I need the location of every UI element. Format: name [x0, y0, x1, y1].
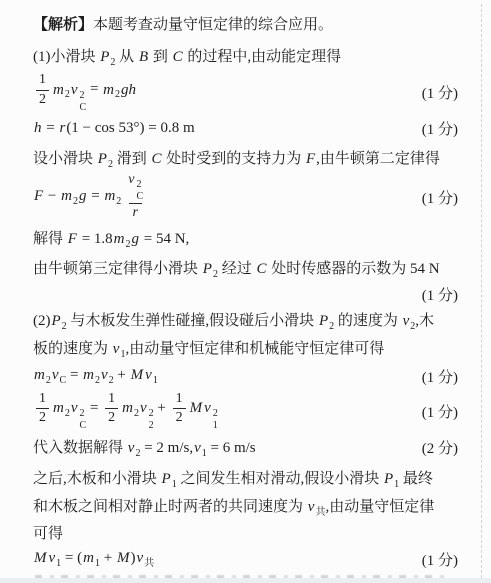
superscript: 2: [80, 91, 85, 101]
math-variable: P: [202, 261, 213, 277]
numerator: 1: [173, 391, 186, 408]
bold-run: 【解析】: [33, 17, 93, 33]
math-variable: v: [139, 400, 148, 416]
bottom-strip: [0, 578, 491, 583]
text-run: = 54 N,: [140, 231, 189, 247]
text-run: 之后,木板和小滑块: [33, 471, 161, 487]
text-run: 最终: [399, 471, 433, 487]
text-run: = 1.8: [78, 231, 113, 247]
math-variable: P: [161, 471, 172, 487]
math-variable: v: [51, 367, 60, 383]
solve-force-line: 解得 F = 1.8m2g = 54 N,: [33, 221, 458, 255]
text-run: 和木板之间相对静止时两者的共同速度为: [33, 499, 307, 515]
math-variable: m: [82, 367, 95, 383]
text-run: 的过程中,由动能定理得: [184, 49, 342, 65]
text-run: (2): [33, 313, 51, 329]
formula-newton-second: F − m2g = m2v2Cr: [33, 172, 149, 221]
math-variable: F: [33, 188, 44, 204]
text-run: 1: [108, 391, 115, 406]
numerator: 1: [36, 391, 49, 408]
score-mark: (1 分): [422, 187, 458, 208]
math-variable: C: [255, 261, 267, 277]
formula-energy-line: 12m2v2C = 12m2v22 + 12Mv21 (1 分): [33, 391, 458, 431]
subscript: 2: [126, 239, 131, 250]
header-line: 【解析】本题考查动量守恒定律的综合应用。: [33, 6, 458, 40]
text-run: ,木: [415, 313, 434, 329]
text-run: 可得: [33, 526, 63, 542]
math-variable: B: [138, 49, 149, 65]
denominator: 2: [105, 408, 118, 426]
newton-third-line: 由牛顿第三定律得小滑块 P2 经过 C 处时传感器的示数为 54 N: [33, 255, 458, 282]
text-run: 1: [176, 391, 183, 406]
step2-slide-text1: 之后,木板和小滑块 P1 之间发生相对滑动,假设小滑块 P1 最终: [33, 467, 433, 490]
text-run: = 2 m/s,: [140, 440, 193, 456]
math-variable: g: [131, 231, 141, 247]
score-mark: (1 分): [422, 284, 458, 305]
math-variable: m: [52, 400, 65, 416]
text-run: 经过: [218, 261, 256, 277]
math-variable: m: [60, 188, 73, 204]
text-run: 滑到: [113, 151, 151, 167]
text-run: 2: [108, 410, 115, 425]
step1-intro-text: (1)小滑块 P2 从 B 到 C 的过程中,由动能定理得: [33, 45, 341, 68]
step1-intro-line: (1)小滑块 P2 从 B 到 C 的过程中,由动能定理得: [33, 40, 458, 73]
solve-velocities-line: 代入数据解得 v2 = 2 m/s,v1 = 6 m/s (2 分): [33, 431, 458, 464]
text-run: =: [86, 82, 102, 98]
math-variable: v: [203, 400, 212, 416]
text-run: =: [43, 120, 59, 136]
solve-force-text: 解得 F = 1.8m2g = 54 N,: [33, 227, 189, 250]
text-run: (1 − cos 53°) = 0.8 m: [66, 120, 194, 136]
formula-momentum-common-line: Mv1 = (m1 + M)v共 (1 分): [33, 545, 458, 573]
math-variable: h: [33, 120, 43, 136]
math-variable: v: [70, 82, 79, 98]
subscript: 共: [315, 507, 325, 518]
step2-slide-line2: 和木板之间相对静止时两者的共同速度为 v共,由动量守恒定律: [33, 492, 458, 520]
step1-normal-force-intro-text: 设小滑块 P2 滑到 C 处时受到的支持力为 F,由牛顿第二定律得: [33, 147, 440, 170]
text-run: +: [154, 400, 170, 416]
math-variable: m: [52, 82, 65, 98]
math-variable: M: [116, 550, 131, 566]
text-run: 2: [39, 410, 46, 425]
text-run: +: [100, 550, 116, 566]
fraction: 12: [36, 391, 49, 426]
formula-momentum-common: Mv1 = (m1 + M)v共: [33, 550, 154, 569]
subscript: 2: [116, 196, 121, 207]
step2-slide-text2: 和木板之间相对静止时两者的共同速度为 v共,由动量守恒定律: [33, 495, 434, 518]
math-variable: v: [127, 172, 135, 187]
text-run: (1)小滑块: [33, 49, 99, 65]
solve-velocities-text: 代入数据解得 v2 = 2 m/s,v1 = 6 m/s: [33, 436, 256, 459]
formula-energy: 12m2v2C = 12m2v22 + 12Mv21: [33, 391, 218, 431]
math-variable: gh: [120, 82, 137, 98]
formula-height: h = r(1 − cos 53°) = 0.8 m: [33, 120, 195, 137]
text-run: 板的速度为: [33, 341, 112, 357]
text-run: +: [114, 367, 130, 383]
math-variable: P: [99, 49, 110, 65]
numerator: 1: [105, 391, 118, 408]
math-variable: C: [150, 151, 162, 167]
math-variable: v: [135, 550, 144, 566]
text-run: 从: [115, 49, 138, 65]
formula-momentum-line: m2vC = m2v2 + Mv1 (1 分): [33, 362, 458, 391]
math-variable: m: [102, 82, 115, 98]
step1-normal-force-intro-line: 设小滑块 P2 滑到 C 处时受到的支持力为 F,由牛顿第二定律得: [33, 144, 458, 173]
text-run: = (: [61, 550, 82, 566]
score-mark: (1 分): [422, 366, 458, 387]
sup-sub-stack: 21: [213, 409, 218, 431]
subscript: 1: [213, 421, 218, 431]
header-text: 【解析】本题考查动量守恒定律的综合应用。: [33, 13, 333, 34]
superscript: 2: [213, 409, 218, 419]
text-run: 与木板发生弹性碰撞,假设碰后小滑块: [67, 313, 318, 329]
text-run: 设小滑块: [33, 151, 97, 167]
score-mark: (1 分): [422, 82, 458, 103]
math-variable: m: [113, 231, 126, 247]
text-run: =: [86, 400, 102, 416]
text-run: 1: [39, 391, 46, 406]
subscript: 2: [149, 421, 154, 431]
math-variable: v: [100, 367, 109, 383]
math-variable: v: [144, 367, 153, 383]
math-variable: C: [172, 49, 184, 65]
step2-slide-line3: 可得: [33, 520, 458, 545]
math-variable: P: [97, 151, 108, 167]
newton-third-text: 由牛顿第三定律得小滑块 P2 经过 C 处时传感器的示数为 54 N: [33, 257, 440, 280]
superscript: 2: [80, 409, 85, 419]
formula-height-line: h = r(1 − cos 53°) = 0.8 m (1 分): [33, 112, 458, 144]
math-variable: F: [305, 151, 316, 167]
text-run: =: [87, 188, 103, 204]
step2-slide-line1: 之后,木板和小滑块 P1 之间发生相对滑动,假设小滑块 P1 最终: [33, 464, 458, 492]
math-variable: P: [51, 313, 62, 329]
numerator: v2C: [124, 172, 146, 203]
text-run: 由牛顿第三定律得小滑块: [33, 261, 202, 277]
text-run: 2: [39, 92, 46, 107]
fraction: v2Cr: [124, 172, 146, 221]
step2-intro-line2: 板的速度为 v1,由动量守恒定律和机械能守恒定律可得: [33, 334, 458, 362]
subscript: 1: [153, 375, 158, 386]
fraction: 12: [105, 391, 118, 426]
math-variable: m: [33, 367, 46, 383]
text-run: 处时传感器的示数为 54 N: [267, 261, 439, 277]
text-run: 解得: [33, 231, 67, 247]
math-variable: v: [193, 440, 202, 456]
denominator: 2: [173, 408, 186, 426]
step2-intro-text1: (2)P2 与木板发生弹性碰撞,假设碰后小滑块 P2 的速度为 v2,木: [33, 309, 434, 332]
math-variable: m: [121, 400, 134, 416]
score-mark: (1 分): [422, 401, 458, 422]
math-variable: M: [130, 367, 145, 383]
fraction: 12: [36, 72, 49, 107]
text-run: 代入数据解得: [33, 440, 127, 456]
text-run: −: [44, 188, 60, 204]
sup-sub-stack: 2C: [137, 180, 144, 202]
subscript: C: [80, 421, 87, 431]
denominator: r: [129, 203, 142, 221]
text-run: = 6 m/s: [207, 440, 256, 456]
subscript: C: [137, 192, 144, 202]
text-run: 2: [176, 410, 183, 425]
subscript: C: [80, 103, 87, 113]
text-run: 处时受到的支持力为: [162, 151, 305, 167]
text-run: 的速度为: [334, 313, 402, 329]
score-mark: (2 分): [422, 437, 458, 458]
text-run: ,由动量守恒定律: [325, 499, 434, 515]
text-run: ,由动量守恒定律和机械能守恒定律可得: [125, 341, 384, 357]
text-run: 之间发生相对滑动,假设小滑块: [177, 471, 383, 487]
formula-kinetic-energy: 12m2v2C = m2gh: [33, 72, 137, 112]
math-variable: M: [189, 400, 204, 416]
score-only-line: (1 分): [33, 282, 458, 307]
math-variable: P: [318, 313, 329, 329]
formula-kinetic-energy-line: 12m2v2C = m2gh (1 分): [33, 73, 458, 112]
subscript: 共: [144, 558, 154, 569]
step2-intro-text2: 板的速度为 v1,由动量守恒定律和机械能守恒定律可得: [33, 337, 384, 360]
math-variable: M: [33, 550, 48, 566]
math-variable: r: [132, 205, 139, 220]
math-variable: P: [383, 471, 394, 487]
math-variable: m: [82, 550, 95, 566]
math-variable: F: [67, 231, 78, 247]
math-variable: m: [103, 188, 116, 204]
denominator: 2: [36, 90, 49, 108]
formula-momentum: m2vC = m2v2 + Mv1: [33, 367, 158, 386]
superscript: 2: [137, 180, 142, 190]
text-run: 1: [39, 72, 46, 87]
math-variable: v: [402, 313, 411, 329]
text-run: =: [66, 367, 82, 383]
text-run: 本题考查动量守恒定律的综合应用。: [93, 17, 333, 33]
math-variable: v: [70, 400, 79, 416]
page-edge-rule: [481, 4, 482, 583]
text-run: 到: [149, 49, 172, 65]
math-variable: v: [48, 550, 57, 566]
fraction: 12: [173, 391, 186, 426]
denominator: 2: [36, 408, 49, 426]
numerator: 1: [36, 72, 49, 89]
step2-slide-text3: 可得: [33, 522, 63, 543]
text-run: ,由牛顿第二定律得: [316, 151, 440, 167]
formula-newton-second-line: F − m2g = m2v2Cr (1 分): [33, 173, 458, 221]
solution-document: 【解析】本题考查动量守恒定律的综合应用。 (1)小滑块 P2 从 B 到 C 的…: [0, 0, 491, 583]
score-mark: (1 分): [422, 549, 458, 570]
step2-intro-line1: (2)P2 与木板发生弹性碰撞,假设碰后小滑块 P2 的速度为 v2,木: [33, 307, 458, 334]
score-mark: (1 分): [422, 118, 458, 139]
